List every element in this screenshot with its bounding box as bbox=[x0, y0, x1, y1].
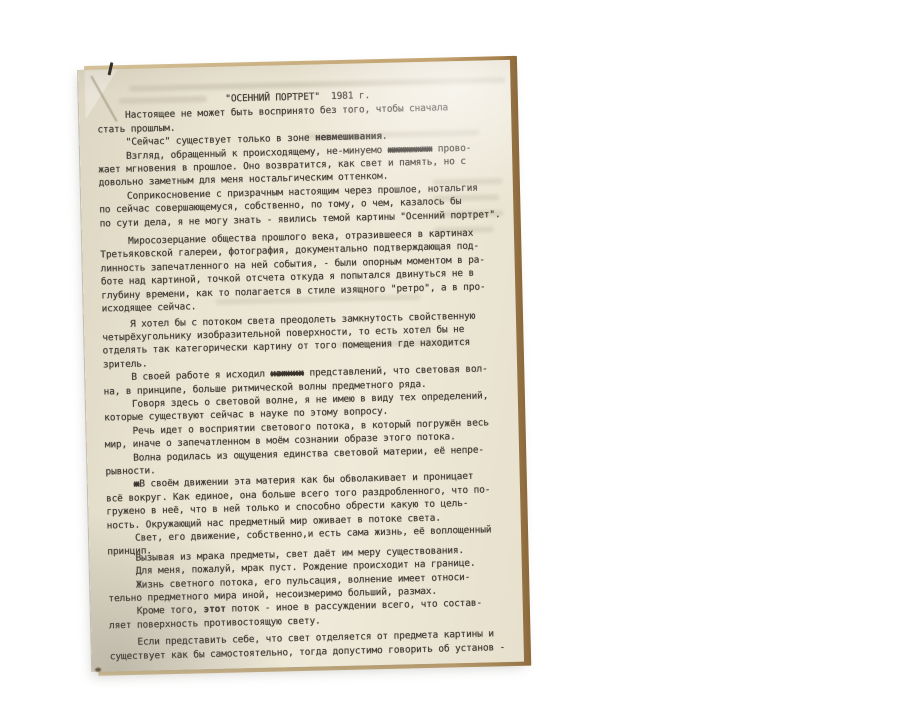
paragraph: Если представить себе, что свет отделяет… bbox=[109, 627, 512, 663]
document-paragraphs: Настоящее не может быть воспринято без т… bbox=[97, 100, 512, 663]
paragraph: Миросозерцание общества прошлого века, о… bbox=[100, 226, 504, 316]
document-text: "ОСЕННИЙ ПОРТРЕТ" 1981 г. Настоящее не м… bbox=[78, 60, 524, 664]
scan-background: "ОСЕННИЙ ПОРТРЕТ" 1981 г. Настоящее не м… bbox=[0, 0, 900, 703]
paragraph: жВ своём движении эта материя как бы обв… bbox=[106, 469, 509, 532]
paragraph: Соприкосновение с призрачным настоящим ч… bbox=[99, 181, 502, 231]
paragraph: Я хотел бы с потоком света преодолеть за… bbox=[102, 309, 505, 372]
manuscript-page: "ОСЕННИЙ ПОРТРЕТ" 1981 г. Настоящее не м… bbox=[78, 60, 524, 672]
ink-spot bbox=[95, 668, 101, 672]
